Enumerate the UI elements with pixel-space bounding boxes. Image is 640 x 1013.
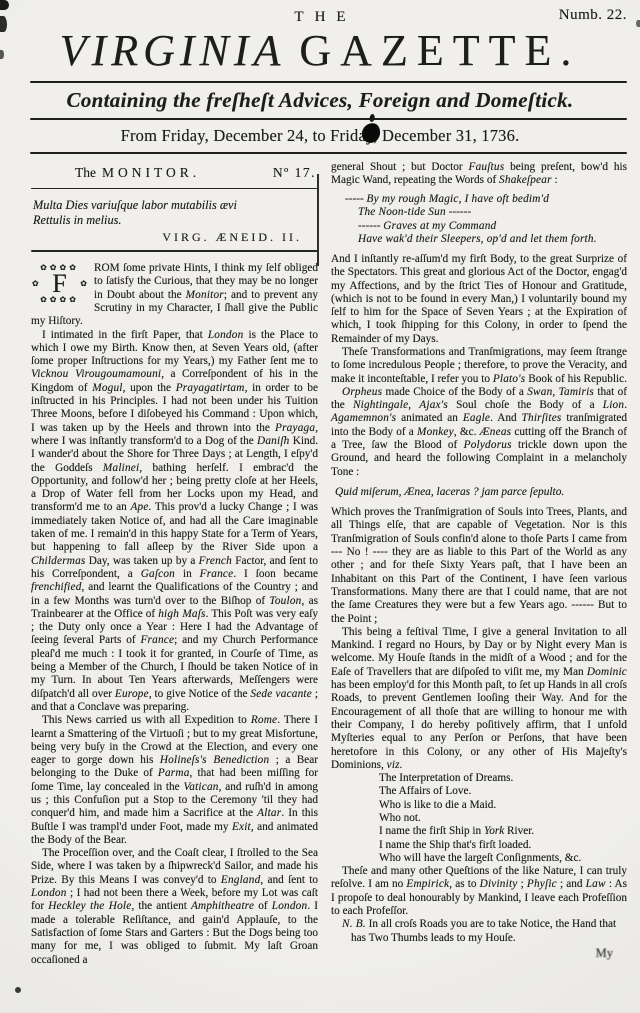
- verse-line: ------ Graves at my Command: [358, 220, 627, 233]
- body-paragraph: Orpheus made Choice of the Body of a Swa…: [331, 386, 627, 479]
- list-item: The Affairs of Love.: [379, 785, 627, 798]
- body-paragraph: And I inſtantly re-aſſum'd my firſt Body…: [331, 253, 627, 346]
- horizontal-rule: [30, 152, 627, 154]
- column-divider-rule: [317, 174, 319, 266]
- issue-number: Numb. 22.: [559, 7, 627, 24]
- epigraph-attribution: VIRG. ÆNEID. II.: [31, 230, 302, 245]
- latin-quote: Quid miſerum, Ænea, laceras ? jam parce …: [335, 486, 627, 499]
- monitor-heading: TheMONITOR.: [75, 165, 200, 181]
- fleuron-ornament-row: ✿✿✿✿: [31, 295, 88, 304]
- continuation-paragraph: general Shout ; but Doctor Fauſtus being…: [331, 161, 627, 188]
- drop-cap-factotum: ✿✿✿✿ ✿ F ✿ ✿✿✿✿: [31, 263, 88, 304]
- columns: TheMONITOR. Nº 17. Multa Dies variuſque …: [0, 154, 640, 967]
- monitor-paragraph-1: ✿✿✿✿ ✿ F ✿ ✿✿✿✿ ROM ſome private Hints, …: [31, 262, 318, 328]
- list-item: I name the Ship that's firſt loaded.: [379, 839, 627, 852]
- fleuron-icon: ✿: [80, 277, 87, 290]
- newspaper-page-scan: Numb. 22. THE VIRGINIAGAZETTE. Containin…: [0, 0, 640, 1013]
- epigraph: Multa Dies variuſque labor mutabilis ævi…: [31, 198, 318, 227]
- drop-cap-middle: ✿ F ✿: [31, 272, 88, 295]
- monitor-heading-row: TheMONITOR. Nº 17.: [31, 161, 318, 188]
- epigraph-line: Rettulis in melius.: [33, 213, 318, 228]
- list-item: Who will have the largeſt Conſignments, …: [379, 852, 627, 865]
- right-column: general Shout ; but Doctor Fauſtus being…: [331, 161, 627, 967]
- horizontal-rule: [31, 250, 318, 252]
- monitor-issue-number: Nº 17.: [273, 165, 316, 181]
- masthead-title: VIRGINIAGAZETTE.: [0, 27, 640, 75]
- masthead-motto: Containing the freſheſt Advices, Foreign…: [0, 83, 640, 118]
- mysteries-list: The Interpretation of Dreams. The Affair…: [379, 772, 627, 865]
- fleuron-icon: ✿: [32, 277, 39, 290]
- monitor-paragraph-3: This News carried us with all Expedition…: [31, 714, 318, 847]
- horizontal-rule: [31, 188, 318, 190]
- catchword: My: [331, 946, 627, 961]
- dateline: From Friday, December 24, to Friday, Dec…: [0, 120, 640, 152]
- dateline-text: From Friday, December 24, to Friday, Dec…: [121, 126, 520, 145]
- masthead-title-virginia: VIRGINIA: [60, 26, 286, 75]
- paper-speck: [15, 987, 21, 993]
- masthead: Numb. 22. THE VIRGINIAGAZETTE. Containin…: [0, 0, 640, 154]
- verse-line: Have wak'd their Sleepers, op'd and let …: [358, 233, 627, 246]
- body-paragraph: Theſe Transformations and Tranſmigration…: [331, 346, 627, 386]
- shakespeare-verse-quote: ----- By my rough Magic, I have oft bedi…: [345, 193, 627, 246]
- list-item: The Interpretation of Dreams.: [379, 772, 627, 785]
- verse-line: ----- By my rough Magic, I have oft bedi…: [345, 193, 627, 206]
- drop-cap-letter: F: [52, 273, 66, 295]
- masthead-title-gazette: GAZETTE.: [299, 26, 580, 75]
- body-paragraph: Which proves the Tranſmigration of Souls…: [331, 506, 627, 626]
- body-paragraph: This being a feſtival Time, I give a gen…: [331, 626, 627, 772]
- body-paragraph: Theſe and many other Queſtions of the li…: [331, 865, 627, 918]
- epigraph-line: Multa Dies variuſque labor mutabilis ævi: [33, 198, 318, 213]
- list-item: Who not.: [379, 812, 627, 825]
- list-item: I name the firſt Ship in York River.: [379, 825, 627, 838]
- verse-line: The Noon-tide Sun ------: [358, 206, 627, 219]
- monitor-paragraph-4: The Proceſſion over, and the Coaſt clear…: [31, 847, 318, 967]
- nota-bene-note: N. B. In all croſs Roads you are to take…: [331, 918, 627, 945]
- list-item: Who is like to die a Maid.: [379, 799, 627, 812]
- masthead-the: THE: [0, 9, 640, 26]
- left-column: TheMONITOR. Nº 17. Multa Dies variuſque …: [31, 161, 318, 967]
- monitor-paragraph-2: I intimated in the firſt Paper, that Lon…: [31, 329, 318, 715]
